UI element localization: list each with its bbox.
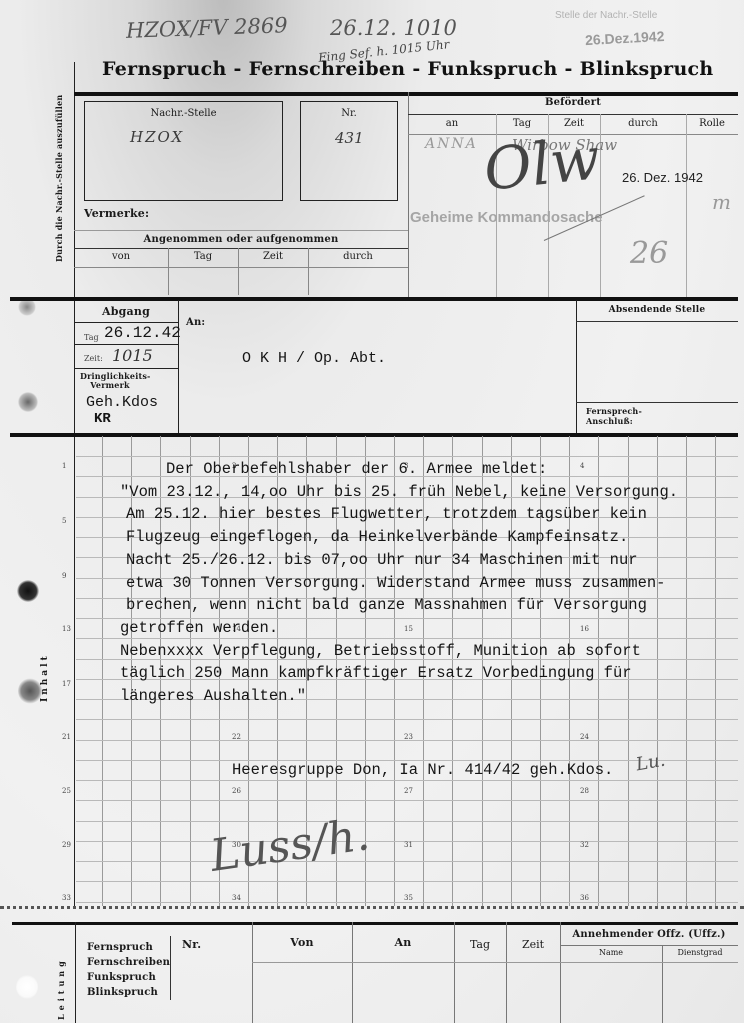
grid-number: 26	[232, 787, 241, 795]
grid-number: 27	[404, 787, 413, 795]
line-number: 9	[62, 572, 66, 580]
message-line: etwa 30 Tonnen Versorgung. Widerstand Ar…	[120, 572, 678, 595]
grid-line	[76, 861, 738, 862]
rule	[75, 922, 76, 1023]
grid-number: 23	[404, 733, 413, 741]
perforation-line	[0, 906, 744, 909]
grid-line	[76, 881, 738, 882]
line-number: 1	[62, 462, 66, 470]
bottom-an-label: An	[352, 936, 454, 949]
bottom-type-list: Fernspruch Fernschreiben Funkspruch Blin…	[87, 940, 170, 1000]
grid-number: 22	[232, 733, 241, 741]
bottom-name-label: Name	[560, 948, 662, 957]
message-line: Nacht 25./26.12. bis 07,oo Uhr nur 34 Ma…	[120, 549, 678, 572]
type-fernschreiben: Fernschreiben	[87, 955, 170, 970]
bottom-tag-label: Tag	[454, 938, 506, 951]
type-blinkspruch: Blinkspruch	[87, 985, 170, 1000]
bottom-dienstgrad-label: Dienstgrad	[662, 948, 738, 957]
grid-number: 31	[404, 841, 413, 849]
annehmender-label: Annehmender Offz. (Uffz.)	[560, 929, 738, 940]
message-line: Der Oberbefehlshaber der 6. Armee meldet…	[120, 458, 678, 481]
message-line: getroffen werden.	[120, 617, 678, 640]
grid-line	[686, 436, 687, 906]
message-line: längeres Aushalten."	[120, 685, 678, 708]
message-line: täglich 250 Mann kampfkräftiger Ersatz V…	[120, 662, 678, 685]
type-funkspruch: Funkspruch	[87, 970, 170, 985]
line-number: 33	[62, 894, 71, 902]
rule	[252, 962, 738, 963]
line-number: 29	[62, 841, 71, 849]
line-number: 17	[62, 680, 71, 688]
bottom-nr-label: Nr.	[182, 938, 201, 951]
side-label-middle: Inhalt	[40, 653, 50, 702]
line-number: 21	[62, 733, 71, 741]
grid-number: 35	[404, 894, 413, 902]
signature-line: Heeresgruppe Don, Ia Nr. 414/42 geh.Kdos…	[232, 761, 613, 779]
message-line: brechen, wenn nicht bald ganze Massnahme…	[120, 594, 678, 617]
grid-line	[76, 456, 738, 457]
side-label-bottom: Leitung	[56, 957, 66, 1020]
bottom-zeit-label: Zeit	[506, 938, 560, 951]
rule	[560, 945, 738, 946]
grid-line	[76, 719, 738, 720]
message-line: Nebenxxxx Verpflegung, Betriebsstoff, Mu…	[120, 640, 678, 663]
message-line: "Vom 23.12., 14,oo Uhr bis 25. früh Nebe…	[120, 481, 678, 504]
line-number: 13	[62, 625, 71, 633]
type-fernspruch: Fernspruch	[87, 940, 170, 955]
grid-number: 24	[580, 733, 589, 741]
grid-number: 32	[580, 841, 589, 849]
grid-line	[76, 800, 738, 801]
grid-line	[76, 902, 738, 903]
grid-line	[76, 821, 738, 822]
grid-line	[102, 436, 103, 906]
message-body: Der Oberbefehlshaber der 6. Armee meldet…	[120, 458, 678, 708]
line-number: 5	[62, 517, 66, 525]
grid-line	[715, 436, 716, 906]
message-form: HZOX/FV 2869 26.12. 1010 Fing Sef. h. 10…	[0, 0, 744, 1023]
rule	[170, 936, 171, 1000]
message-line: Flugzeug eingeflogen, da Heinkelverbände…	[120, 526, 678, 549]
grid-number: 36	[580, 894, 589, 902]
bottom-von-label: Von	[252, 936, 352, 949]
grid-number: 34	[232, 894, 241, 902]
rule	[12, 922, 738, 925]
grid-number: 28	[580, 787, 589, 795]
message-line: Am 25.12. hier bestes Flugwetter, trotzd…	[120, 503, 678, 526]
line-number: 25	[62, 787, 71, 795]
grid-line	[76, 780, 738, 781]
